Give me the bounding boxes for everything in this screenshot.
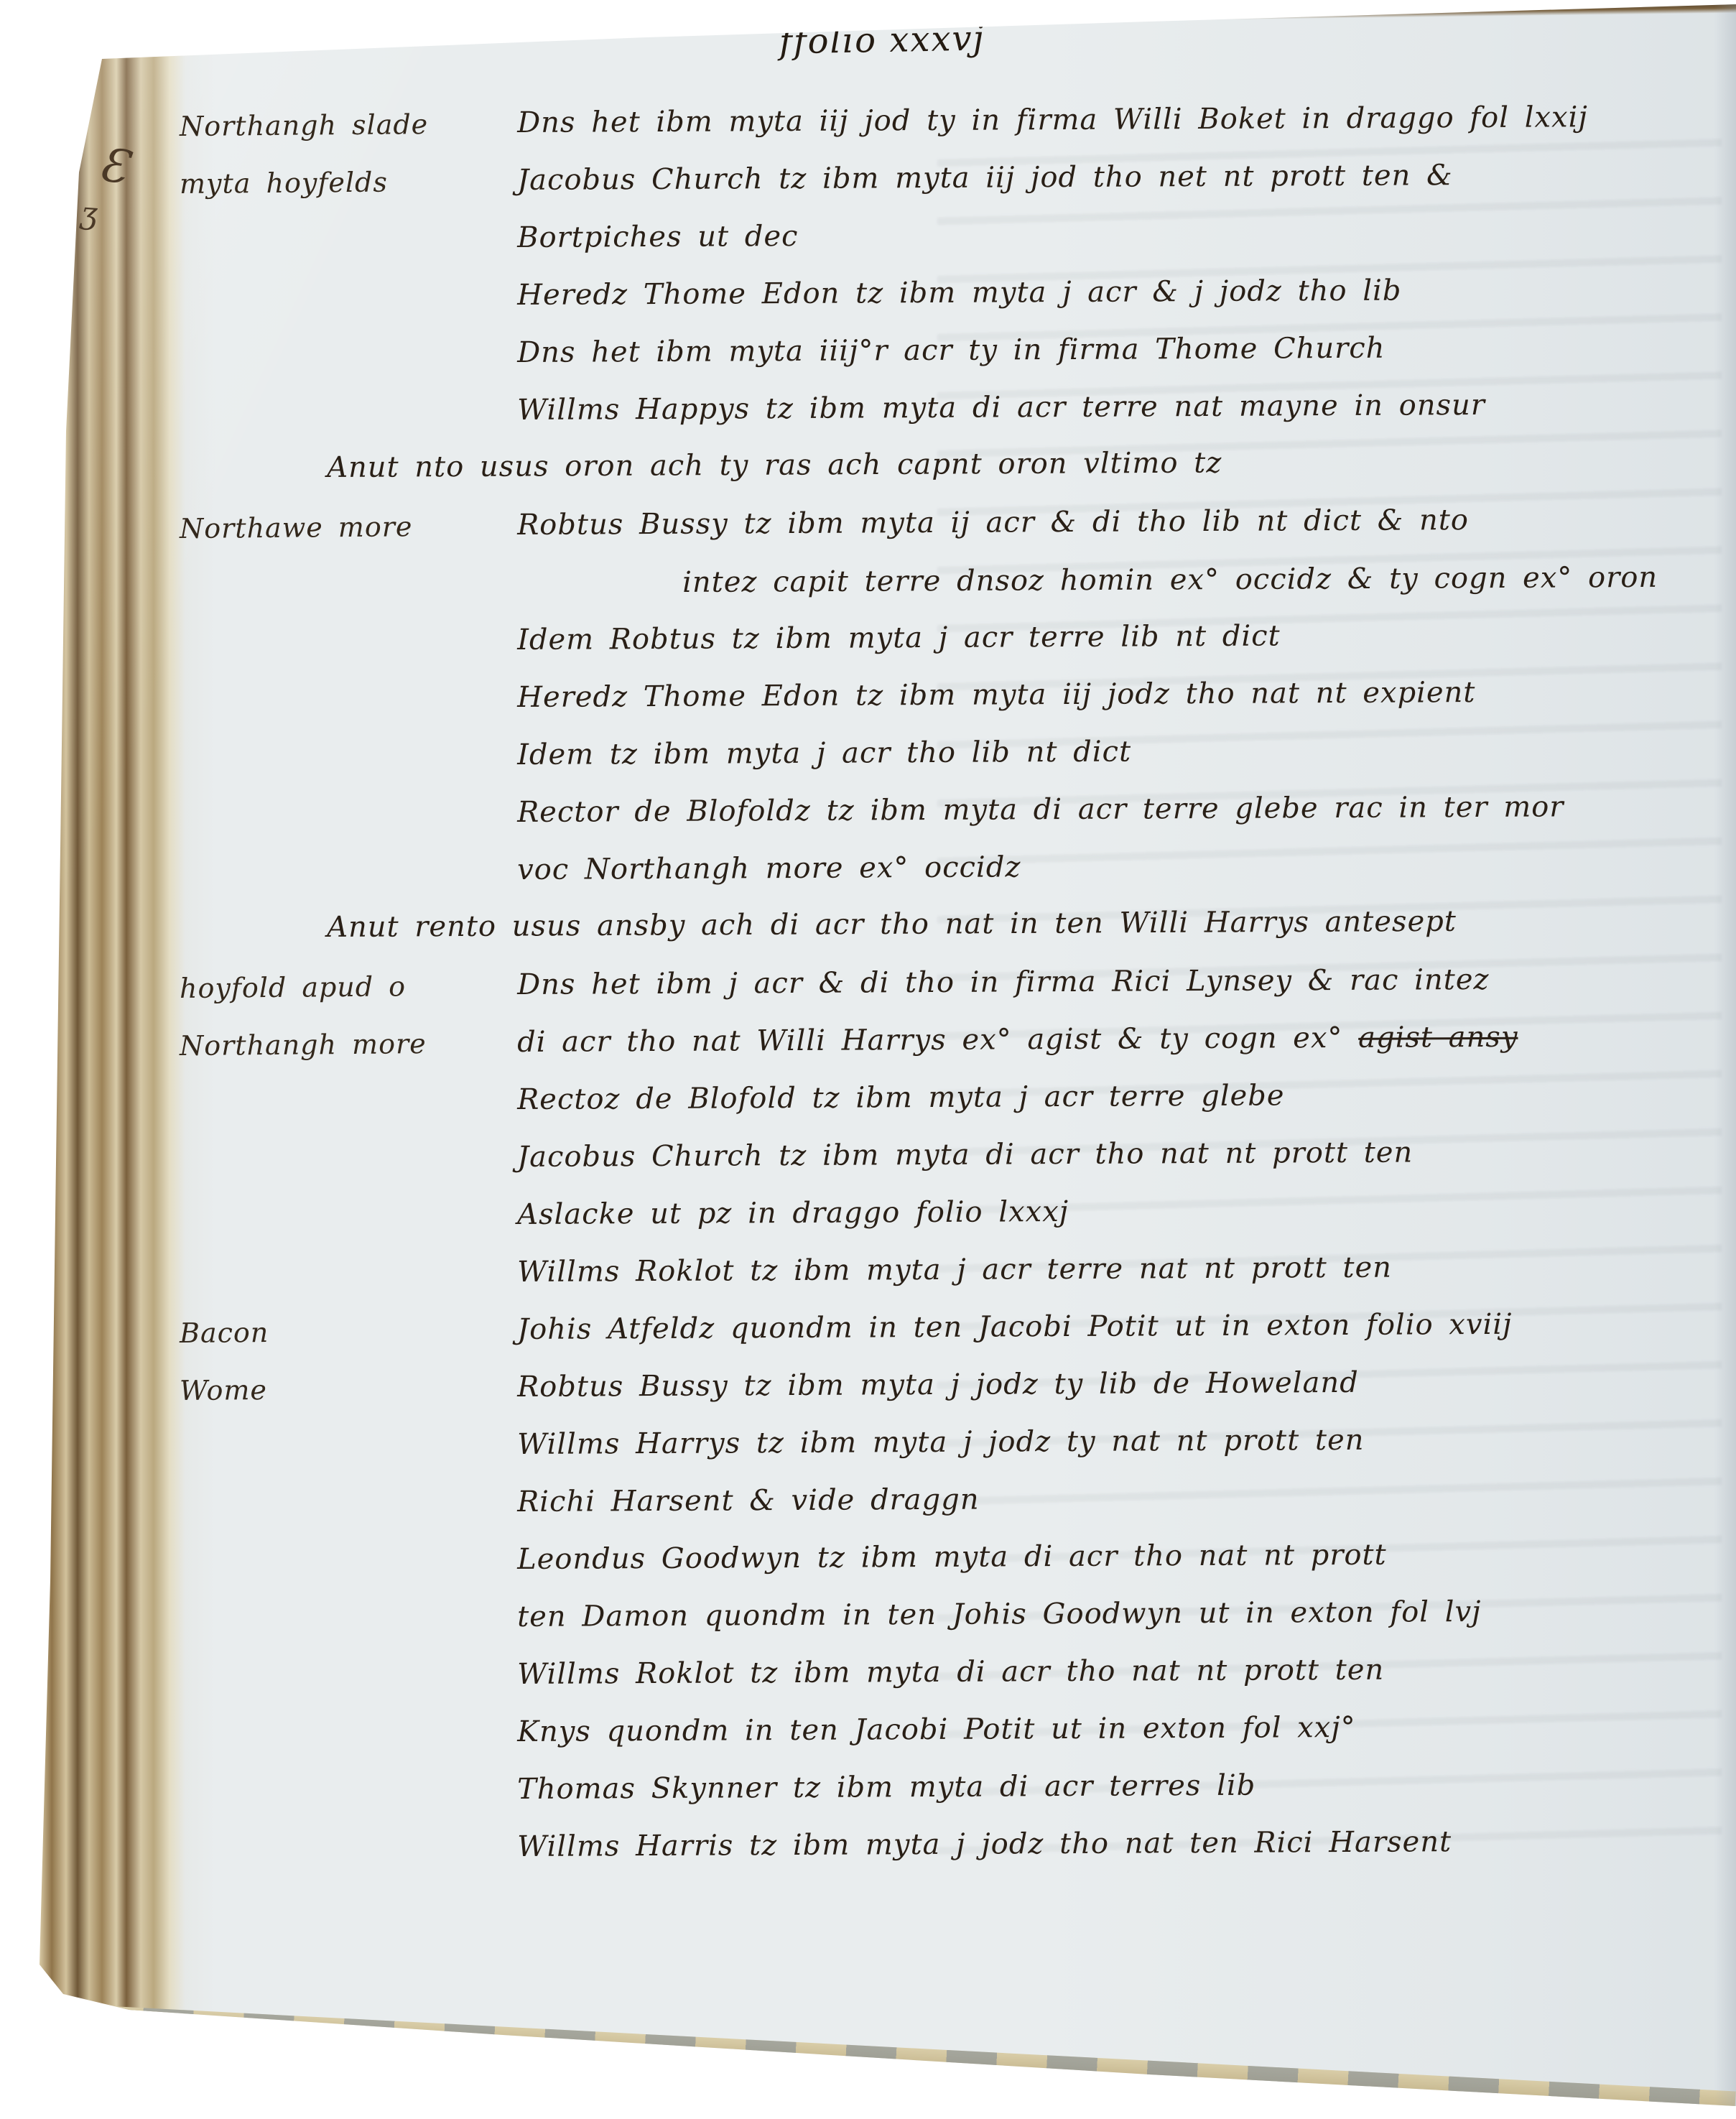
line-text-main: Willms Happys tz ibm myta di acr terre n…: [517, 389, 1485, 427]
line-text: intez capit terre dnsoz homin ex° occidz…: [682, 560, 1723, 599]
manuscript-line: Leondus Goodwyn tz ibm myta di acr tho n…: [180, 1543, 1723, 1600]
manuscript-line: intez capit terre dnsoz homin ex° occidz…: [180, 566, 1723, 623]
line-text-main: Heredz Thome Edon tz ibm myta j acr & j …: [517, 274, 1402, 312]
margin-note: myta hoyfelds: [180, 162, 517, 200]
line-text: voc Northangh more ex° occidz: [517, 847, 1723, 886]
line-text: Robtus Bussy tz ibm myta ij acr & di tho…: [517, 502, 1723, 542]
line-text-main: Anut nto usus oron ach ty ras ach capnt …: [327, 446, 1222, 484]
line-text-main: Willms Roklot tz ibm myta j acr terre na…: [517, 1251, 1392, 1289]
manuscript-line: Heredz Thome Edon tz ibm myta iij jodz t…: [180, 681, 1723, 738]
manuscript-line: Willms Roklot tz ibm myta j acr terre na…: [180, 1256, 1723, 1313]
manuscript-line: Idem Robtus tz ibm myta j acr terre lib …: [180, 623, 1723, 681]
line-text: Dns het ibm myta iiij°r acr ty in firma …: [517, 330, 1723, 369]
line-text-main: Rectoz de Blofold tz ibm myta j acr terr…: [517, 1079, 1285, 1116]
manuscript-line: myta hoyfeldsJacobus Church tz ibm myta …: [180, 164, 1723, 221]
margin-note: Northawe more: [180, 507, 517, 544]
line-text-main: Jacobus Church tz ibm myta iij jod tho n…: [517, 159, 1453, 197]
spine-pen-mark: ʒ: [79, 195, 98, 231]
line-text: Willms Roklot tz ibm myta j acr terre na…: [517, 1249, 1723, 1289]
manuscript-line: Northangh sladeDns het ibm myta iij jod …: [180, 106, 1723, 164]
margin-note: Northangh slade: [180, 105, 517, 142]
line-text: Aslacke ut pz in draggo folio lxxxj: [517, 1192, 1723, 1231]
manuscript-page: Ɛ ʒ ffolio xxxvj Northangh sladeDns het …: [0, 0, 1736, 2119]
line-text-main: Anut rento usus ansby ach di acr tho nat…: [327, 905, 1457, 944]
margin-note: [180, 1599, 517, 1605]
margin-note: [180, 1829, 517, 1835]
manuscript-line: BaconJohis Atfeldz quondm in ten Jacobi …: [180, 1313, 1723, 1371]
line-text-main: Rector de Blofoldz tz ibm myta di acr te…: [517, 790, 1564, 829]
margin-note: [180, 737, 517, 743]
manuscript-line: voc Northangh more ex° occidz: [180, 853, 1723, 911]
margin-note: [180, 277, 517, 283]
page-bottom-edge: [42, 2003, 1736, 2119]
line-text-main: Knys quondm in ten Jacobi Potit ut in ex…: [517, 1711, 1356, 1748]
line-text-main: Leondus Goodwyn tz ibm myta di acr tho n…: [517, 1539, 1387, 1576]
manuscript-line: Willms Harris tz ibm myta j jodz tho nat…: [180, 1830, 1723, 1888]
line-text: Johis Atfeldz quondm in ten Jacobi Potit…: [517, 1307, 1723, 1346]
line-text: Dns het ibm j acr & di tho in firma Rici…: [517, 962, 1723, 1001]
margin-note: [180, 1139, 517, 1145]
margin-note: [180, 1714, 517, 1720]
margin-note: [180, 335, 517, 340]
spine-pen-mark: Ɛ: [96, 139, 131, 195]
manuscript-line: Northangh moredi acr tho nat Willi Harry…: [180, 1026, 1723, 1083]
margin-note: [180, 1427, 517, 1432]
manuscript-line: ten Damon quondm in ten Johis Goodwyn ut…: [180, 1600, 1723, 1658]
line-text-main: Richi Harsent & vide draggn: [517, 1483, 980, 1518]
manuscript-line: Richi Harsent & vide draggn: [180, 1485, 1723, 1543]
margin-note: [180, 1082, 517, 1088]
margin-note: [180, 1197, 517, 1202]
margin-note: Bacon: [180, 1312, 517, 1349]
line-text: Willms Happys tz ibm myta di acr terre n…: [517, 387, 1723, 427]
line-text-main: intez capit terre dnsoz homin ex° occidz…: [682, 561, 1658, 599]
line-text-main: Bortpiches ut dec: [517, 220, 799, 254]
line-text-main: Johis Atfeldz quondm in ten Jacobi Potit…: [517, 1308, 1513, 1346]
line-text: Idem Robtus tz ibm myta j acr terre lib …: [517, 617, 1723, 657]
line-text-main: Willms Roklot tz ibm myta di acr tho nat…: [517, 1654, 1384, 1691]
manuscript-line: Rector de Blofoldz tz ibm myta di acr te…: [180, 796, 1723, 853]
line-text-main: di acr tho nat Willi Harrys ex° agist & …: [517, 1021, 1358, 1059]
line-text-main: Dns het ibm myta iiij°r acr ty in firma …: [517, 332, 1385, 369]
line-text: Bortpiches ut dec: [517, 215, 1723, 254]
manuscript-line: Thomas Skynner tz ibm myta di acr terres…: [180, 1773, 1723, 1830]
manuscript-line: Dns het ibm myta iiij°r acr ty in firma …: [180, 336, 1723, 394]
line-text: Jacobus Church tz ibm myta iij jod tho n…: [517, 157, 1723, 197]
margin-note: [180, 220, 517, 226]
manuscript-line: Willms Roklot tz ibm myta di acr tho nat…: [180, 1658, 1723, 1715]
line-text: Thomas Skynner tz ibm myta di acr terres…: [517, 1766, 1723, 1806]
manuscript-line: Knys quondm in ten Jacobi Potit ut in ex…: [180, 1715, 1723, 1773]
line-text-main: Idem tz ibm myta j acr tho lib nt dict: [517, 736, 1131, 771]
manuscript-line: Aslacke ut pz in draggo folio lxxxj: [180, 1198, 1723, 1256]
margin-note: [180, 1484, 517, 1490]
line-text-main: voc Northangh more ex° occidz: [517, 850, 1021, 886]
line-text-main: Robtus Bussy tz ibm myta j jodz ty lib d…: [517, 1366, 1359, 1404]
line-text: Anut nto usus oron ach ty ras ach capnt …: [327, 444, 1723, 484]
line-text: di acr tho nat Willi Harrys ex° agist & …: [517, 1019, 1723, 1059]
cancelled-text: agist ansy: [1358, 1021, 1518, 1054]
margin-note: [180, 1254, 517, 1260]
margin-note: [180, 392, 517, 398]
manuscript-line: Willms Harrys tz ibm myta j jodz ty nat …: [180, 1428, 1723, 1485]
line-text: Heredz Thome Edon tz ibm myta j acr & j …: [517, 272, 1723, 312]
margin-note: hoyfold apud o: [180, 967, 517, 1004]
margin-note: [180, 852, 517, 858]
margin-note: [180, 794, 517, 800]
line-text: Heredz Thome Edon tz ibm myta iij jodz t…: [517, 674, 1723, 714]
margin-note: [180, 565, 517, 570]
manuscript-text: Northangh sladeDns het ibm myta iij jod …: [180, 106, 1723, 1888]
line-text: Anut rento usus ansby ach di acr tho nat…: [327, 904, 1723, 944]
line-text: Richi Harsent & vide draggn: [517, 1479, 1723, 1518]
margin-note: [180, 680, 517, 685]
line-text: Robtus Bussy tz ibm myta j jodz ty lib d…: [517, 1364, 1723, 1404]
line-text: Rector de Blofoldz tz ibm myta di acr te…: [517, 789, 1723, 829]
margin-note: [180, 1541, 517, 1547]
line-text: Rectoz de Blofold tz ibm myta j acr terr…: [517, 1077, 1723, 1116]
manuscript-line: Rectoz de Blofold tz ibm myta j acr terr…: [180, 1083, 1723, 1141]
manuscript-line: WomeRobtus Bussy tz ibm myta j jodz ty l…: [180, 1371, 1723, 1428]
line-text: Dns het ibm myta iij jod ty in firma Wil…: [517, 100, 1723, 139]
manuscript-line: Northawe moreRobtus Bussy tz ibm myta ij…: [180, 509, 1723, 566]
line-text-main: Dns het ibm j acr & di tho in firma Rici…: [517, 963, 1490, 1001]
line-text: Willms Roklot tz ibm myta di acr tho nat…: [517, 1651, 1723, 1691]
manuscript-line: Heredz Thome Edon tz ibm myta j acr & j …: [180, 279, 1723, 336]
line-text-main: ten Damon quondm in ten Johis Goodwyn ut…: [517, 1595, 1482, 1633]
manuscript-line: hoyfold apud oDns het ibm j acr & di tho…: [180, 968, 1723, 1026]
line-text-main: Robtus Bussy tz ibm myta ij acr & di tho…: [517, 504, 1469, 542]
manuscript-line: Anut rento usus ansby ach di acr tho nat…: [180, 911, 1723, 968]
manuscript-line: Jacobus Church tz ibm myta di acr tho na…: [180, 1141, 1723, 1198]
line-text-main: Willms Harrys tz ibm myta j jodz ty nat …: [517, 1424, 1365, 1461]
margin-note: [180, 622, 517, 628]
line-text-main: Idem Robtus tz ibm myta j acr terre lib …: [517, 619, 1281, 657]
margin-note: Wome: [180, 1369, 517, 1406]
manuscript-line: Idem tz ibm myta j acr tho lib nt dict: [180, 738, 1723, 796]
photo-background: Ɛ ʒ ffolio xxxvj Northangh sladeDns het …: [0, 0, 1736, 2119]
line-text: Idem tz ibm myta j acr tho lib nt dict: [517, 732, 1723, 771]
line-text-main: Jacobus Church tz ibm myta di acr tho na…: [517, 1136, 1413, 1174]
line-text-main: Thomas Skynner tz ibm myta di acr terres…: [517, 1769, 1255, 1806]
line-text: Willms Harris tz ibm myta j jodz tho nat…: [517, 1824, 1723, 1863]
line-text-main: Willms Harris tz ibm myta j jodz tho nat…: [517, 1825, 1452, 1863]
manuscript-line: Anut nto usus oron ach ty ras ach capnt …: [180, 451, 1723, 509]
line-text: Leondus Goodwyn tz ibm myta di acr tho n…: [517, 1536, 1723, 1576]
line-text: ten Damon quondm in ten Johis Goodwyn ut…: [517, 1594, 1723, 1633]
margin-note: [180, 1656, 517, 1662]
folio-heading: ffolio xxxvj: [779, 19, 985, 62]
margin-note: Northangh more: [180, 1024, 517, 1062]
line-text: Jacobus Church tz ibm myta di acr tho na…: [517, 1134, 1723, 1174]
manuscript-line: Willms Happys tz ibm myta di acr terre n…: [180, 394, 1723, 451]
line-text-main: Aslacke ut pz in draggo folio lxxxj: [517, 1195, 1069, 1231]
line-text: Knys quondm in ten Jacobi Potit ut in ex…: [517, 1709, 1723, 1748]
margin-note: [180, 1771, 517, 1777]
line-text: Willms Harrys tz ibm myta j jodz ty nat …: [517, 1422, 1723, 1461]
manuscript-line: Bortpiches ut dec: [180, 221, 1723, 279]
line-text-main: Dns het ibm myta iij jod ty in firma Wil…: [517, 101, 1588, 139]
line-text-main: Heredz Thome Edon tz ibm myta iij jodz t…: [517, 676, 1476, 714]
